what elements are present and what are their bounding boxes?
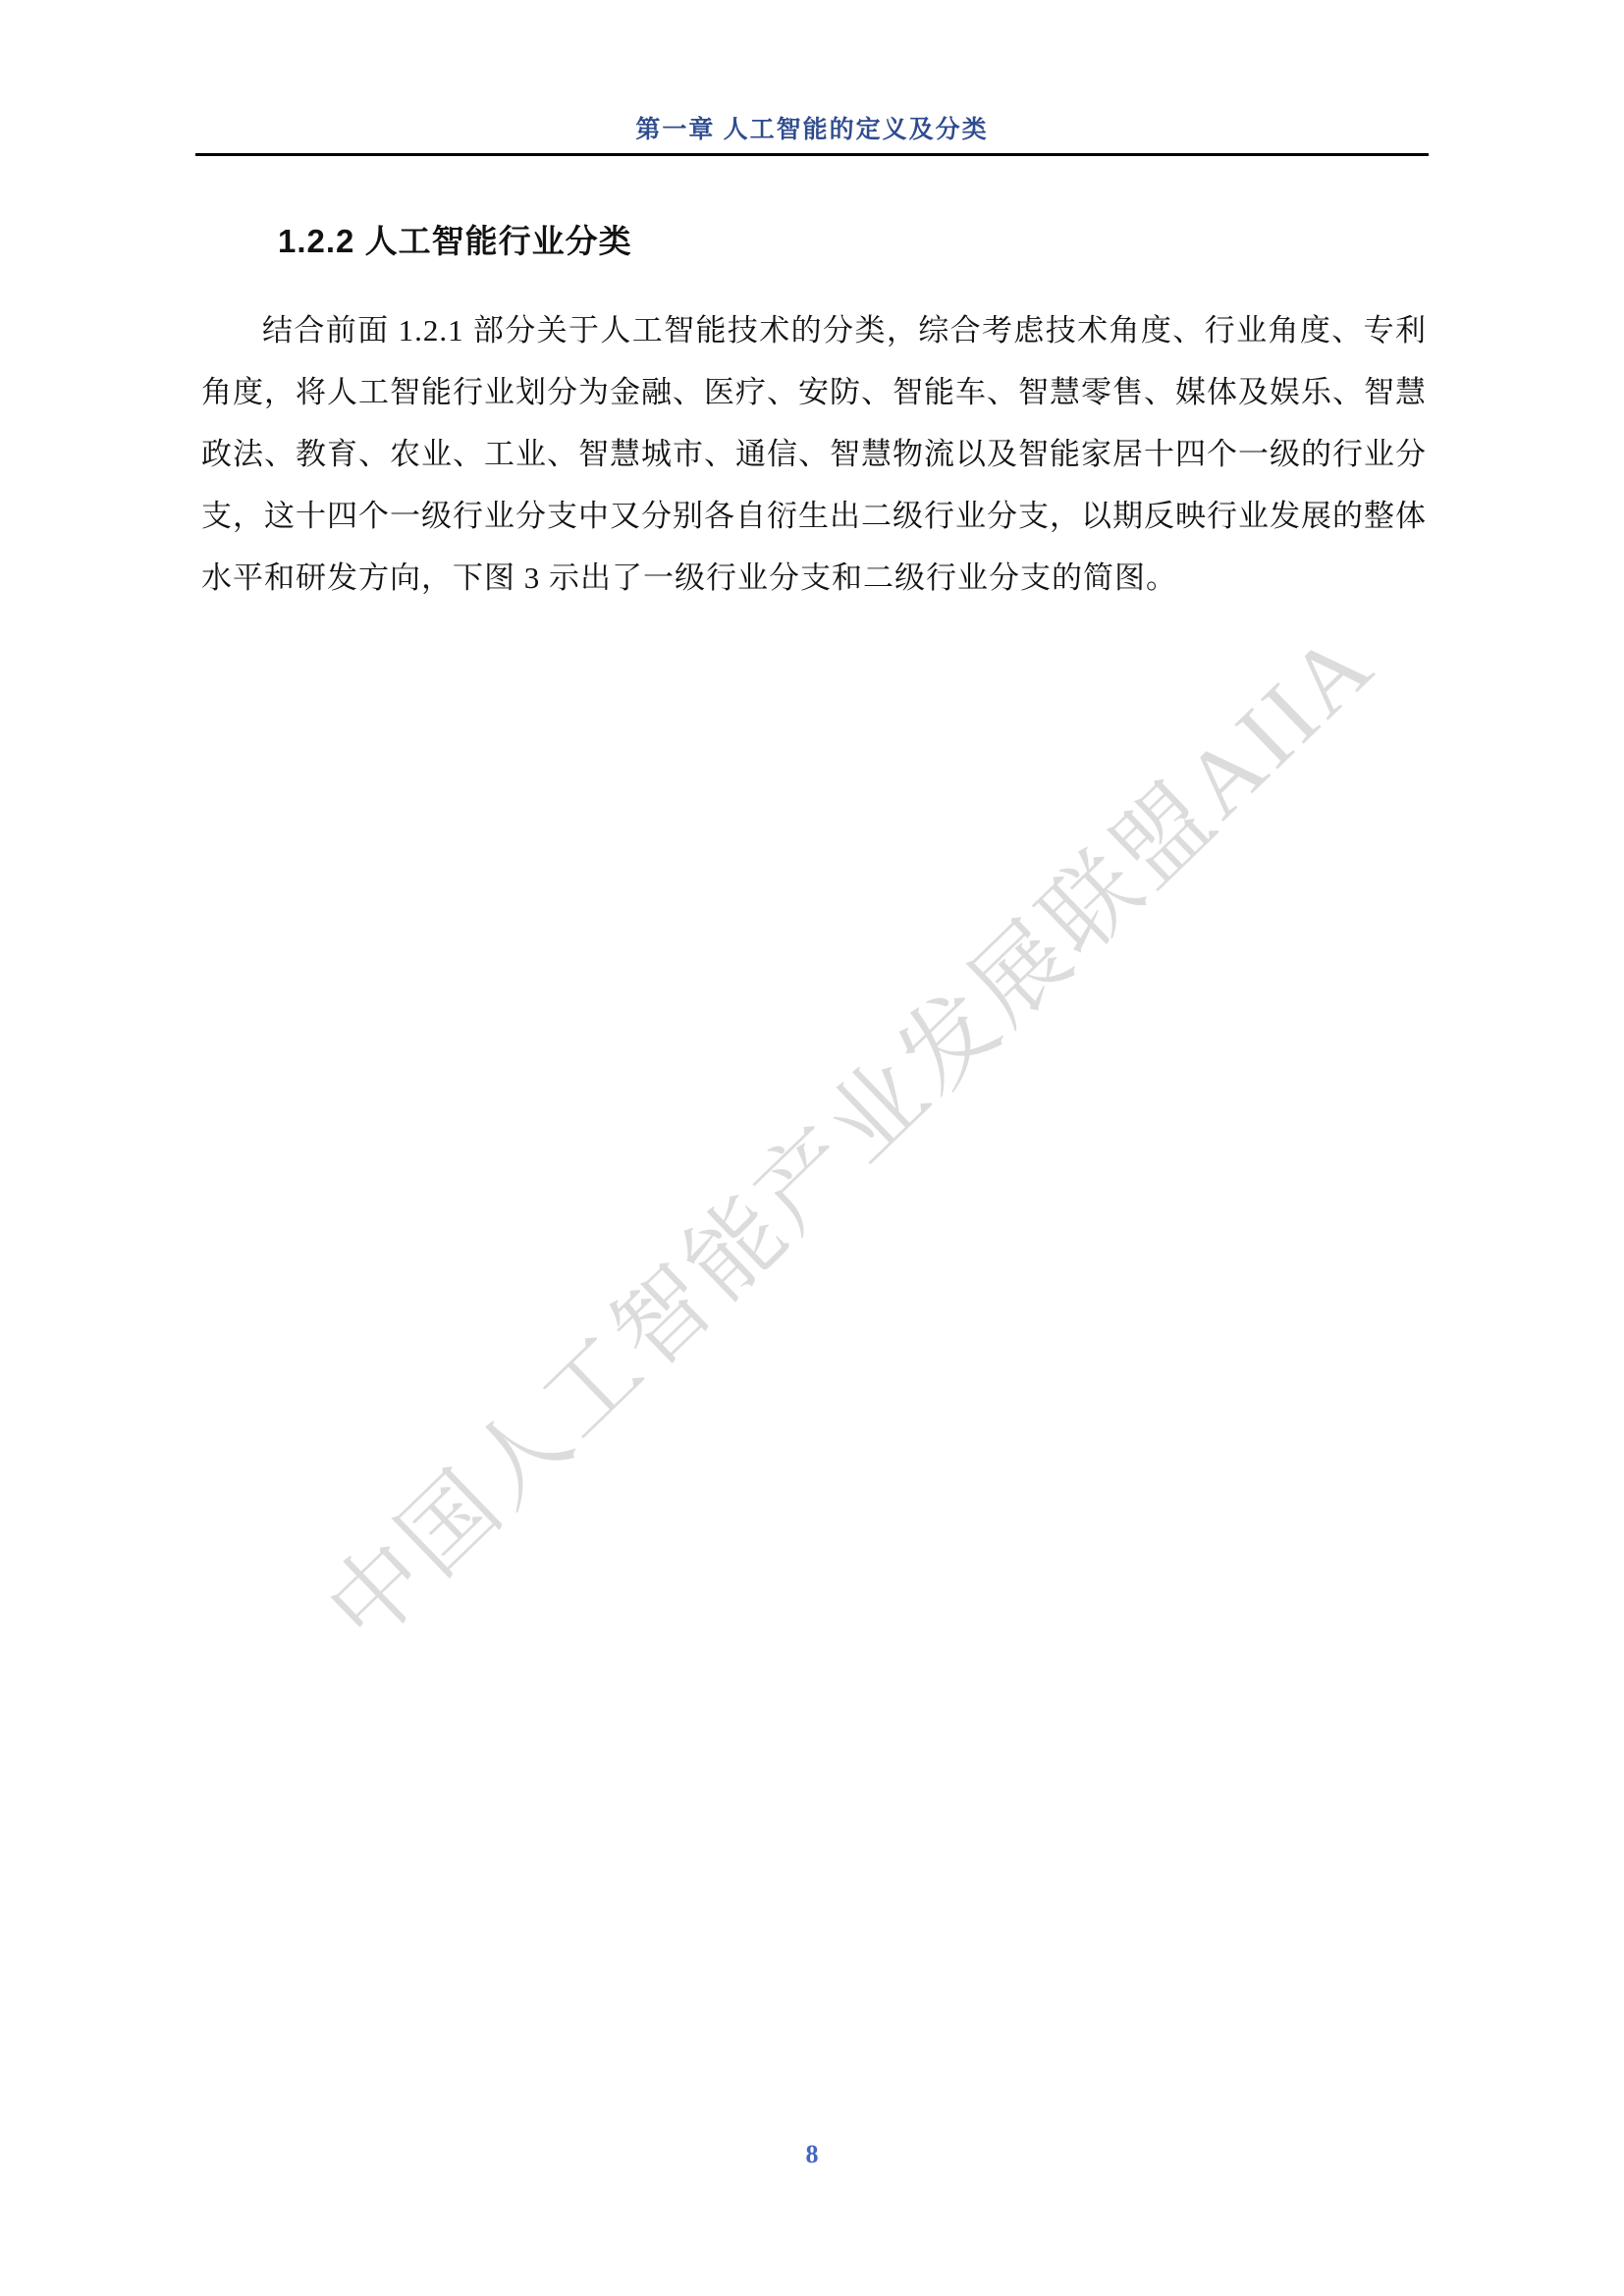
header-divider-rule bbox=[195, 153, 1429, 156]
page-number: 8 bbox=[0, 2140, 1624, 2169]
running-header-chapter-title: 第一章 人工智能的定义及分类 bbox=[0, 110, 1624, 145]
body-paragraph: 结合前面 1.2.1 部分关于人工智能技术的分类，综合考虑技术角度、行业角度、专… bbox=[201, 299, 1427, 609]
section-heading: 1.2.2 人工智能行业分类 bbox=[278, 216, 632, 262]
diagonal-watermark: 中国人工智能产业发展联盟AIIA bbox=[292, 593, 1398, 1668]
document-page: 第一章 人工智能的定义及分类 1.2.2 人工智能行业分类 结合前面 1.2.1… bbox=[0, 0, 1624, 2296]
